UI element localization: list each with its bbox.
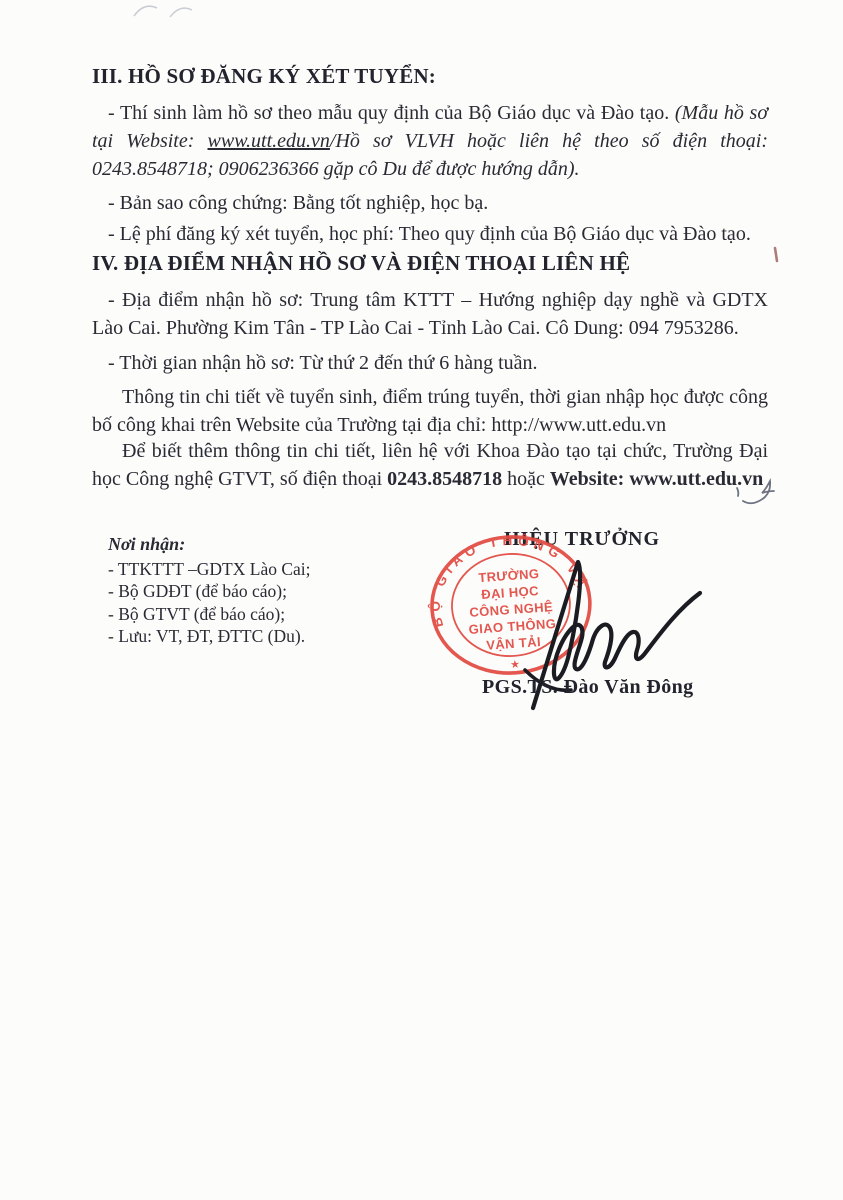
- paragraph-fees: - Lệ phí đăng ký xét tuyển, học phí: The…: [92, 220, 768, 248]
- recipient-item: - Bộ GDĐT (để báo cáo);: [108, 580, 311, 602]
- paragraph-admission-info: Thông tin chi tiết về tuyển sinh, điểm t…: [92, 383, 768, 439]
- pen-squiggle-icon: [728, 468, 780, 510]
- recipients-list: - TTKTTT –GDTX Lào Cai; - Bộ GDĐT (để bá…: [108, 558, 311, 648]
- paragraph-application-form: - Thí sinh làm hồ sơ theo mẫu quy định c…: [92, 99, 768, 183]
- section-iv-heading: IV. ĐỊA ĐIỂM NHẬN HỒ SƠ VÀ ĐIỆN THOẠI LI…: [92, 251, 630, 276]
- phone-number-bold: 0243.8548718: [387, 468, 502, 490]
- red-tick-mark: [770, 246, 782, 268]
- paragraph-notarized-copies: - Bản sao công chứng: Bằng tốt nghiệp, h…: [92, 189, 768, 217]
- paragraph-contact-info: Để biết thêm thông tin chi tiết, liên hệ…: [92, 437, 768, 493]
- section-iii-heading: III. HỒ SƠ ĐĂNG KÝ XÉT TUYỂN:: [92, 64, 436, 89]
- paragraph-submission-location: - Địa điểm nhận hồ sơ: Trung tâm KTTT – …: [92, 286, 768, 342]
- recipients-block: Nơi nhận: - TTKTTT –GDTX Lào Cai; - Bộ G…: [108, 534, 311, 648]
- signer-name: PGS.TS. Đào Văn Đông: [482, 676, 694, 699]
- recipients-header: Nơi nhận:: [108, 534, 311, 555]
- recipient-item: - TTKTTT –GDTX Lào Cai;: [108, 558, 311, 580]
- scanned-document-page: III. HỒ SƠ ĐĂNG KÝ XÉT TUYỂN: - Thí sinh…: [0, 0, 843, 1200]
- paragraph-submission-time: - Thời gian nhận hồ sơ: Từ thứ 2 đến thứ…: [92, 349, 768, 377]
- recipient-item: - Bộ GTVT (để báo cáo);: [108, 603, 311, 625]
- paragraph-text: - Thí sinh làm hồ sơ theo mẫu quy định c…: [108, 102, 675, 124]
- website-link-text: www.utt.edu.vn: [208, 130, 330, 152]
- paragraph-text: hoặc: [502, 468, 550, 490]
- faint-pen-marks-icon: [128, 0, 208, 20]
- recipient-item: - Lưu: VT, ĐT, ĐTTC (Du).: [108, 625, 311, 647]
